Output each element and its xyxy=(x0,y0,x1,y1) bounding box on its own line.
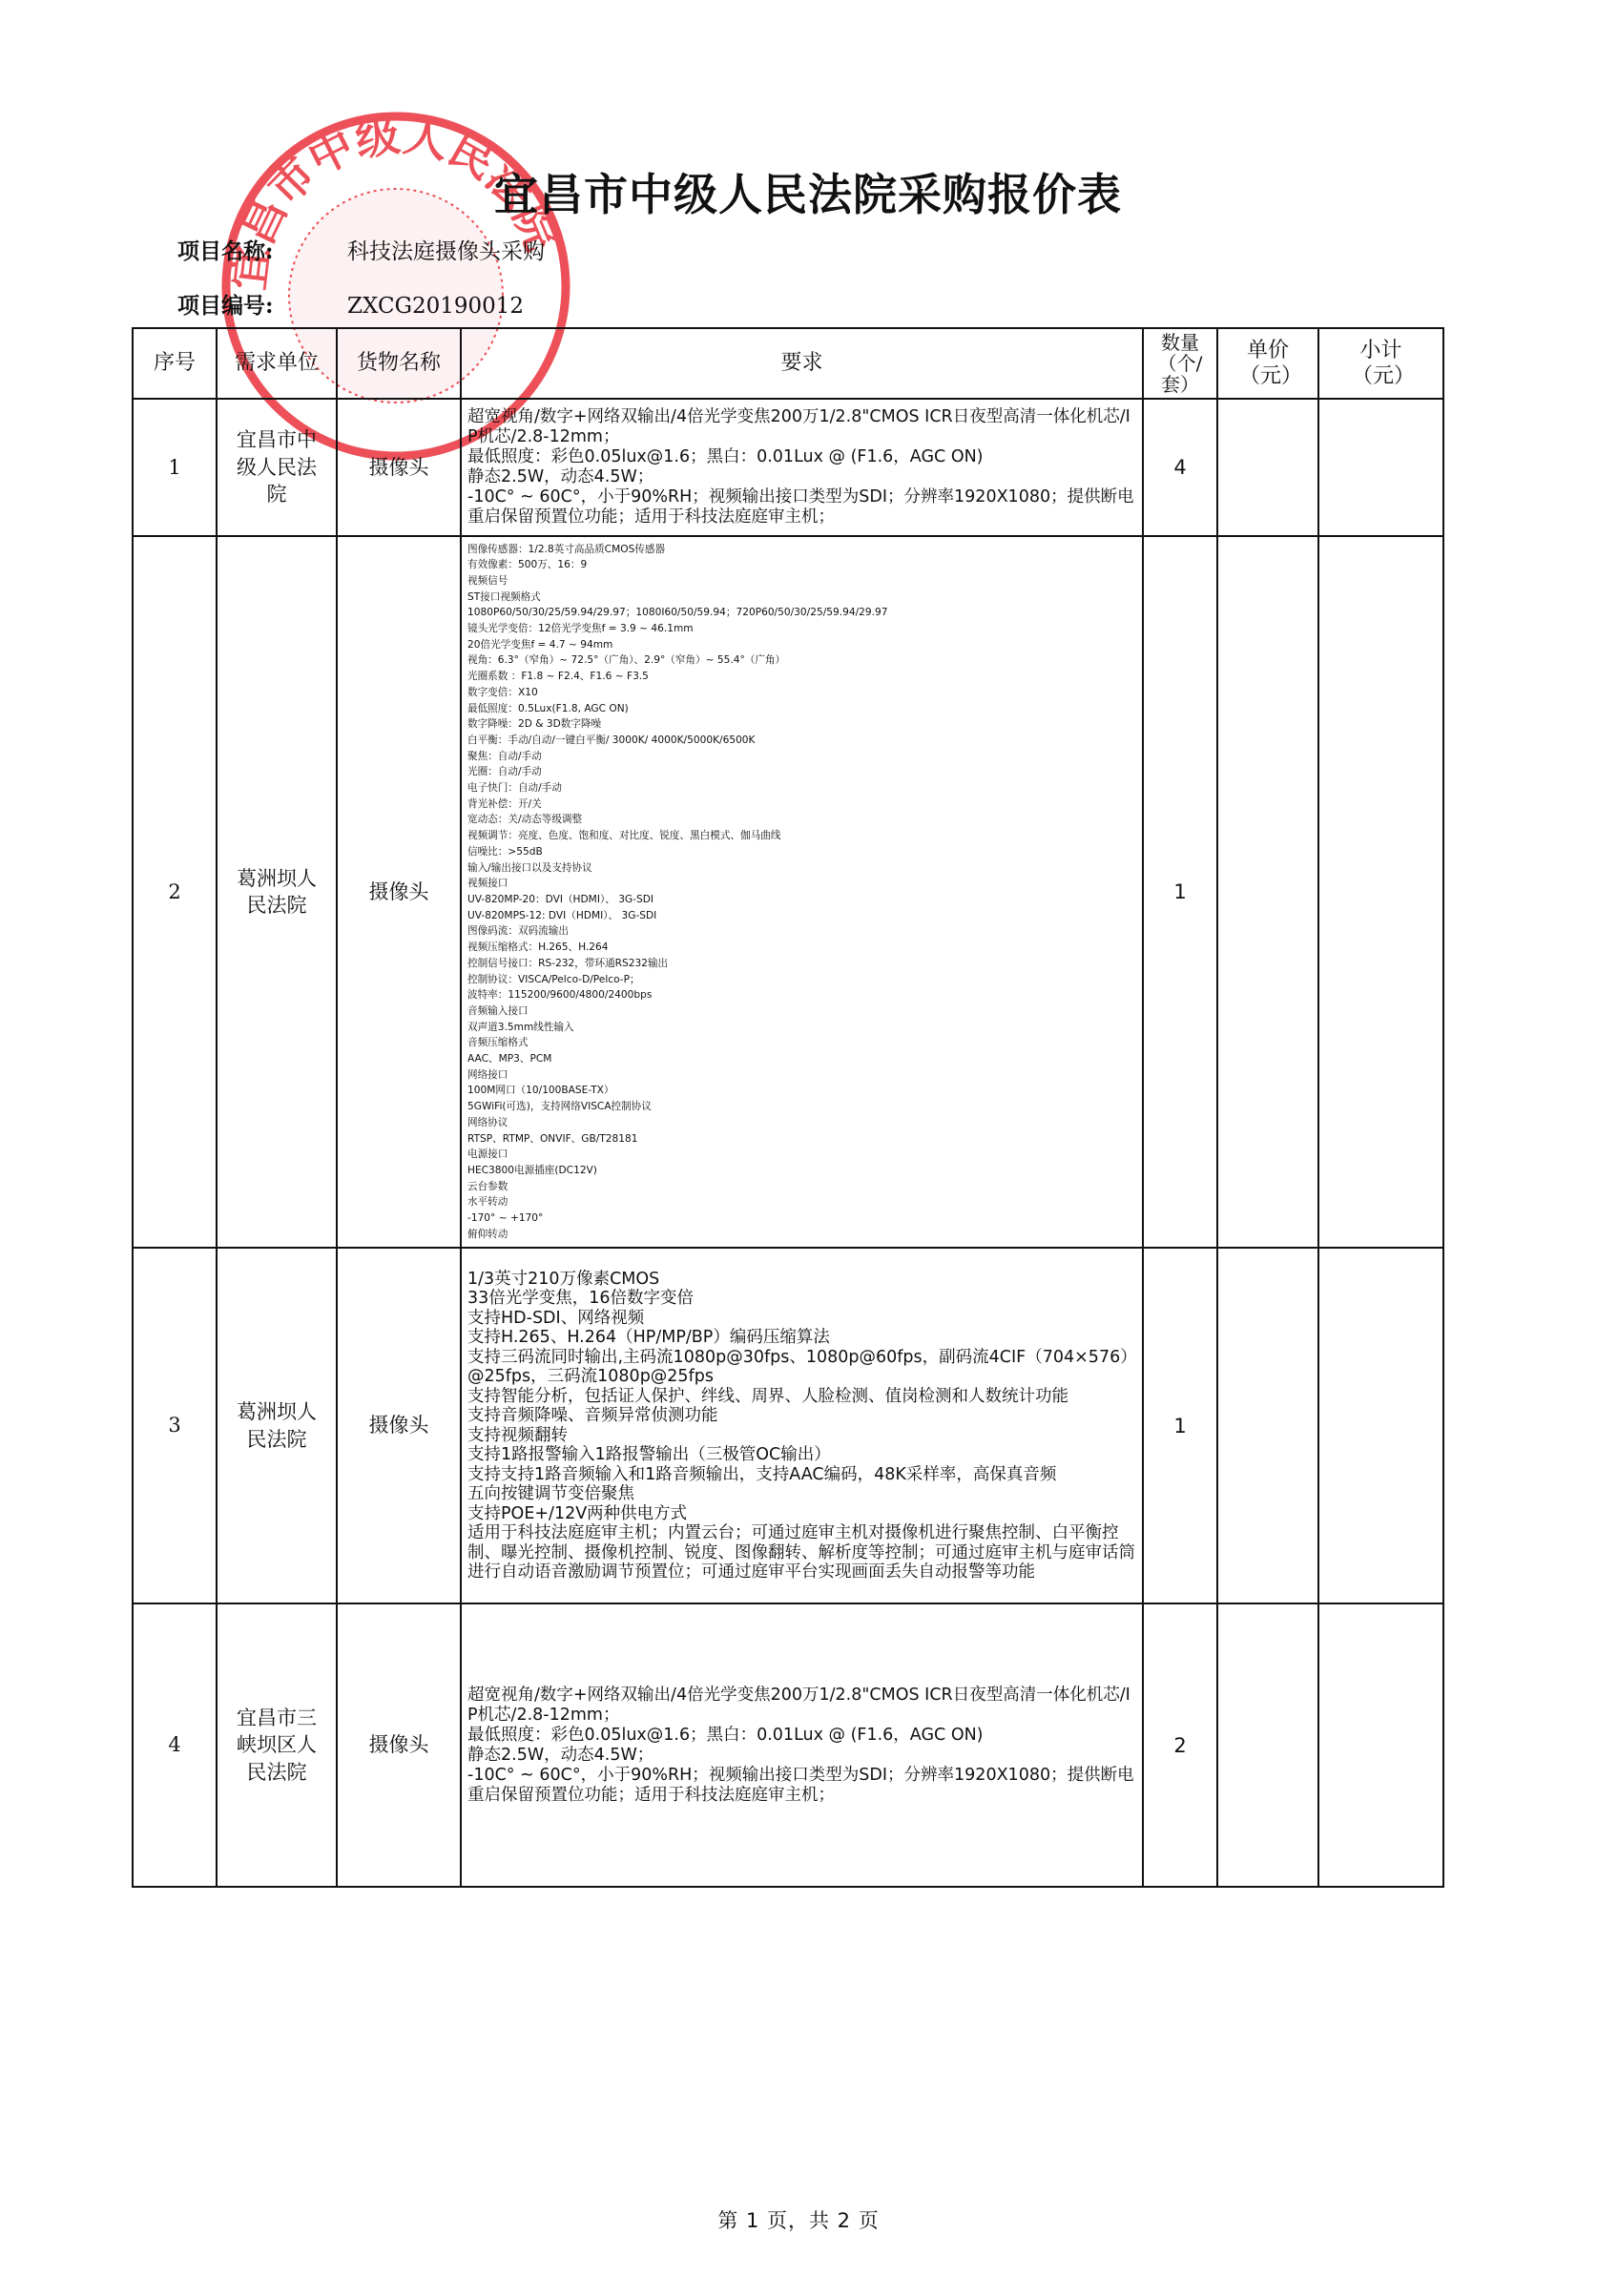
cell-requirements: 超宽视角/数字+网络双输出/4倍光学变焦200万1/2.8"CMOS ICR日夜… xyxy=(461,399,1143,536)
requirement-line: 输入/输出接口以及支持协议 xyxy=(467,860,1136,877)
requirement-line: 数字变倍：X10 xyxy=(467,685,1136,701)
requirement-line: 电子快门：自动/手动 xyxy=(467,780,1136,796)
cell-requirements: 超宽视角/数字+网络双输出/4倍光学变焦200万1/2.8"CMOS ICR日夜… xyxy=(461,1603,1143,1887)
requirement-line: 图像码流：双码流输出 xyxy=(467,923,1136,940)
cell-quantity: 1 xyxy=(1143,1248,1217,1603)
requirement-line: ST接口视频格式 xyxy=(467,590,1136,606)
cell-goods: 摄像头 xyxy=(337,399,461,536)
requirement-line: 5GWiFi(可选)，支持网络VISCA控制协议 xyxy=(467,1099,1136,1115)
project-code-label: 项目编号: xyxy=(177,288,340,320)
requirement-line: 33倍光学变焦，16倍数字变倍 xyxy=(467,1289,1136,1309)
requirement-line: 视角：6.3°（窄角）~ 72.5°（广角）、2.9°（窄角）~ 55.4°（广… xyxy=(467,652,1136,669)
project-code-row: 项目编号: ZXCG20190012 xyxy=(177,288,524,320)
cell-requirements: 图像传感器：1/2.8英寸高品质CMOS传感器有效像素：500万、16：9视频信… xyxy=(461,536,1143,1248)
requirement-line: -10C° ~ 60C°，小于90%RH；视频输出接口类型为SDI；分辨率192… xyxy=(467,487,1136,527)
project-code-value: ZXCG20190012 xyxy=(347,294,524,319)
table-row: 4宜昌市三峡坝区人民法院摄像头超宽视角/数字+网络双输出/4倍光学变焦200万1… xyxy=(133,1603,1443,1887)
requirement-line: 支持视频翻转 xyxy=(467,1426,1136,1446)
header-unit: 需求单位 xyxy=(217,328,337,399)
requirement-line: 水平转动 xyxy=(467,1194,1136,1210)
requirement-line: -10C° ~ 60C°，小于90%RH；视频输出接口类型为SDI；分辨率192… xyxy=(467,1766,1136,1806)
cell-unit: 葛洲坝人民法院 xyxy=(217,1248,337,1603)
cell-seq: 3 xyxy=(133,1248,217,1603)
project-name-row: 项目名称: 科技法庭摄像头采购 xyxy=(177,234,545,265)
header-subtotal: 小计（元） xyxy=(1318,328,1443,399)
cell-quantity: 1 xyxy=(1143,536,1217,1248)
requirement-line: 100M网口（10/100BASE-TX） xyxy=(467,1083,1136,1099)
cell-quantity: 4 xyxy=(1143,399,1217,536)
requirement-line: AAC、MP3、PCM xyxy=(467,1051,1136,1067)
requirement-line: 支持1路报警输入1路报警输出（三极管OC输出） xyxy=(467,1445,1136,1465)
cell-subtotal xyxy=(1318,536,1443,1248)
requirement-line: 背光补偿：开/关 xyxy=(467,796,1136,813)
requirement-line: 音频输入接口 xyxy=(467,1003,1136,1020)
requirement-line: 信噪比：>55dB xyxy=(467,844,1136,860)
requirement-line: HEC3800电源插座(DC12V) xyxy=(467,1163,1136,1179)
cell-subtotal xyxy=(1318,399,1443,536)
requirement-line: 静态2.5W，动态4.5W； xyxy=(467,467,1136,487)
requirement-line: 视频压缩格式：H.265、H.264 xyxy=(467,940,1136,956)
requirement-line: 超宽视角/数字+网络双输出/4倍光学变焦200万1/2.8"CMOS ICR日夜… xyxy=(467,407,1136,447)
requirement-line: 图像传感器：1/2.8英寸高品质CMOS传感器 xyxy=(467,542,1136,558)
cell-quantity: 2 xyxy=(1143,1603,1217,1887)
table-row: 2葛洲坝人民法院摄像头图像传感器：1/2.8英寸高品质CMOS传感器有效像素：5… xyxy=(133,536,1443,1248)
table-header-row: 序号 需求单位 货物名称 要求 数量（个/套） 单价（元） 小计（元） xyxy=(133,328,1443,399)
requirement-line: 支持音频降噪、音频异常侦测功能 xyxy=(467,1406,1136,1426)
requirement-line: 波特率：115200/9600/4800/2400bps xyxy=(467,987,1136,1003)
project-name-label: 项目名称: xyxy=(177,234,340,265)
cell-unit-price xyxy=(1217,536,1318,1248)
requirement-line: 镜头光学变倍：12倍光学变焦f = 3.9 ~ 46.1mm xyxy=(467,621,1136,637)
requirement-line: 控制信号接口：RS-232，带环通RS232输出 xyxy=(467,956,1136,972)
header-seq: 序号 xyxy=(133,328,217,399)
requirement-line: 有效像素：500万、16：9 xyxy=(467,557,1136,573)
table-row: 3葛洲坝人民法院摄像头1/3英寸210万像素CMOS33倍光学变焦，16倍数字变… xyxy=(133,1248,1443,1603)
cell-seq: 1 xyxy=(133,399,217,536)
requirement-line: 1/3英寸210万像素CMOS xyxy=(467,1270,1136,1290)
requirement-line: 视频接口 xyxy=(467,876,1136,892)
requirement-line: 网络协议 xyxy=(467,1115,1136,1131)
requirement-line: 宽动态：关/动态等级调整 xyxy=(467,812,1136,828)
requirement-line: 支持智能分析，包括证人保护、绊线、周界、人脸检测、值岗检测和人数统计功能 xyxy=(467,1387,1136,1407)
requirement-line: 俯仰转动 xyxy=(467,1227,1136,1243)
cell-unit-price xyxy=(1217,399,1318,536)
header-unit-price: 单价（元） xyxy=(1217,328,1318,399)
cell-seq: 2 xyxy=(133,536,217,1248)
cell-seq: 4 xyxy=(133,1603,217,1887)
requirement-line: 双声道3.5mm线性输入 xyxy=(467,1020,1136,1036)
cell-unit: 宜昌市中级人民法院 xyxy=(217,399,337,536)
requirement-line: 最低照度：彩色0.05lux@1.6；黑白：0.01Lux @ (F1.6，AG… xyxy=(467,447,1136,467)
requirement-line: 超宽视角/数字+网络双输出/4倍光学变焦200万1/2.8"CMOS ICR日夜… xyxy=(467,1686,1136,1726)
requirement-line: 最低照度：0.5Lux(F1.8, AGC ON) xyxy=(467,701,1136,717)
requirement-line: 支持H.265、H.264（HP/MP/BP）编码压缩算法 xyxy=(467,1328,1136,1348)
requirement-line: RTSP、RTMP、ONVIF、GB/T28181 xyxy=(467,1131,1136,1148)
cell-requirements: 1/3英寸210万像素CMOS33倍光学变焦，16倍数字变倍支持HD-SDI、网… xyxy=(461,1248,1143,1603)
cell-goods: 摄像头 xyxy=(337,536,461,1248)
page-footer: 第 1 页，共 2 页 xyxy=(0,2205,1597,2234)
requirement-line: 20倍光学变焦f = 4.7 ~ 94mm xyxy=(467,637,1136,653)
cell-subtotal xyxy=(1318,1603,1443,1887)
requirement-line: 光圈：自动/手动 xyxy=(467,764,1136,780)
cell-goods: 摄像头 xyxy=(337,1603,461,1887)
requirement-line: UV-820MPS-12: DVI（HDMI）、 3G-SDI xyxy=(467,908,1136,924)
header-quantity: 数量（个/套） xyxy=(1143,328,1217,399)
cell-unit: 宜昌市三峡坝区人民法院 xyxy=(217,1603,337,1887)
requirement-line: UV-820MP-20：DVI（HDMI）、 3G-SDI xyxy=(467,892,1136,908)
requirement-line: 数字降噪：2D & 3D数字降噪 xyxy=(467,716,1136,733)
requirement-line: 最低照度：彩色0.05lux@1.6；黑白：0.01Lux @ (F1.6，AG… xyxy=(467,1726,1136,1746)
requirement-line: 白平衡：手动/自动/一键白平衡/ 3000K/ 4000K/5000K/6500… xyxy=(467,733,1136,749)
table-row: 1宜昌市中级人民法院摄像头超宽视角/数字+网络双输出/4倍光学变焦200万1/2… xyxy=(133,399,1443,536)
cell-unit-price xyxy=(1217,1603,1318,1887)
requirement-line: 支持POE+/12V两种供电方式 xyxy=(467,1504,1136,1524)
requirement-line: 适用于科技法庭庭审主机；内置云台；可通过庭审主机对摄像机进行聚焦控制、白平衡控制… xyxy=(467,1523,1136,1582)
requirement-line: 五向按键调节变倍聚焦 xyxy=(467,1484,1136,1504)
quotation-table: 序号 需求单位 货物名称 要求 数量（个/套） 单价（元） 小计（元） 1宜昌市… xyxy=(132,327,1444,1888)
cell-subtotal xyxy=(1318,1248,1443,1603)
requirement-line: 支持三码流同时输出,主码流1080p@30fps、1080p@60fps，副码流… xyxy=(467,1348,1136,1387)
requirement-line: 电源接口 xyxy=(467,1147,1136,1163)
cell-unit: 葛洲坝人民法院 xyxy=(217,536,337,1248)
requirement-line: 光圈系数 ：F1.8 ~ F2.4、F1.6 ~ F3.5 xyxy=(467,669,1136,685)
requirement-line: 控制协议：VISCA/Pelco-D/Pelco-P； xyxy=(467,972,1136,988)
project-name-value: 科技法庭摄像头采购 xyxy=(347,234,545,265)
header-goods: 货物名称 xyxy=(337,328,461,399)
requirement-line: 支持支持1路音频输入和1路音频输出，支持AAC编码，48K采样率，高保真音频 xyxy=(467,1465,1136,1485)
header-requirements: 要求 xyxy=(461,328,1143,399)
requirement-line: -170° ~ +170° xyxy=(467,1210,1136,1227)
cell-goods: 摄像头 xyxy=(337,1248,461,1603)
requirement-line: 网络接口 xyxy=(467,1067,1136,1084)
requirement-line: 视频信号 xyxy=(467,573,1136,590)
requirement-line: 音频压缩格式 xyxy=(467,1035,1136,1051)
requirement-line: 聚焦：自动/手动 xyxy=(467,749,1136,765)
requirement-line: 1080P60/50/30/25/59.94/29.97；1080I60/50/… xyxy=(467,605,1136,621)
requirement-line: 视频调节：亮度、色度、饱和度、对比度、锐度、黑白模式、伽马曲线 xyxy=(467,828,1136,844)
requirement-line: 支持HD-SDI、网络视频 xyxy=(467,1309,1136,1329)
requirement-line: 静态2.5W，动态4.5W； xyxy=(467,1746,1136,1766)
page-title: 宜昌市中级人民法院采购报价表 xyxy=(494,160,1122,223)
requirement-line: 云台参数 xyxy=(467,1179,1136,1195)
cell-unit-price xyxy=(1217,1248,1318,1603)
